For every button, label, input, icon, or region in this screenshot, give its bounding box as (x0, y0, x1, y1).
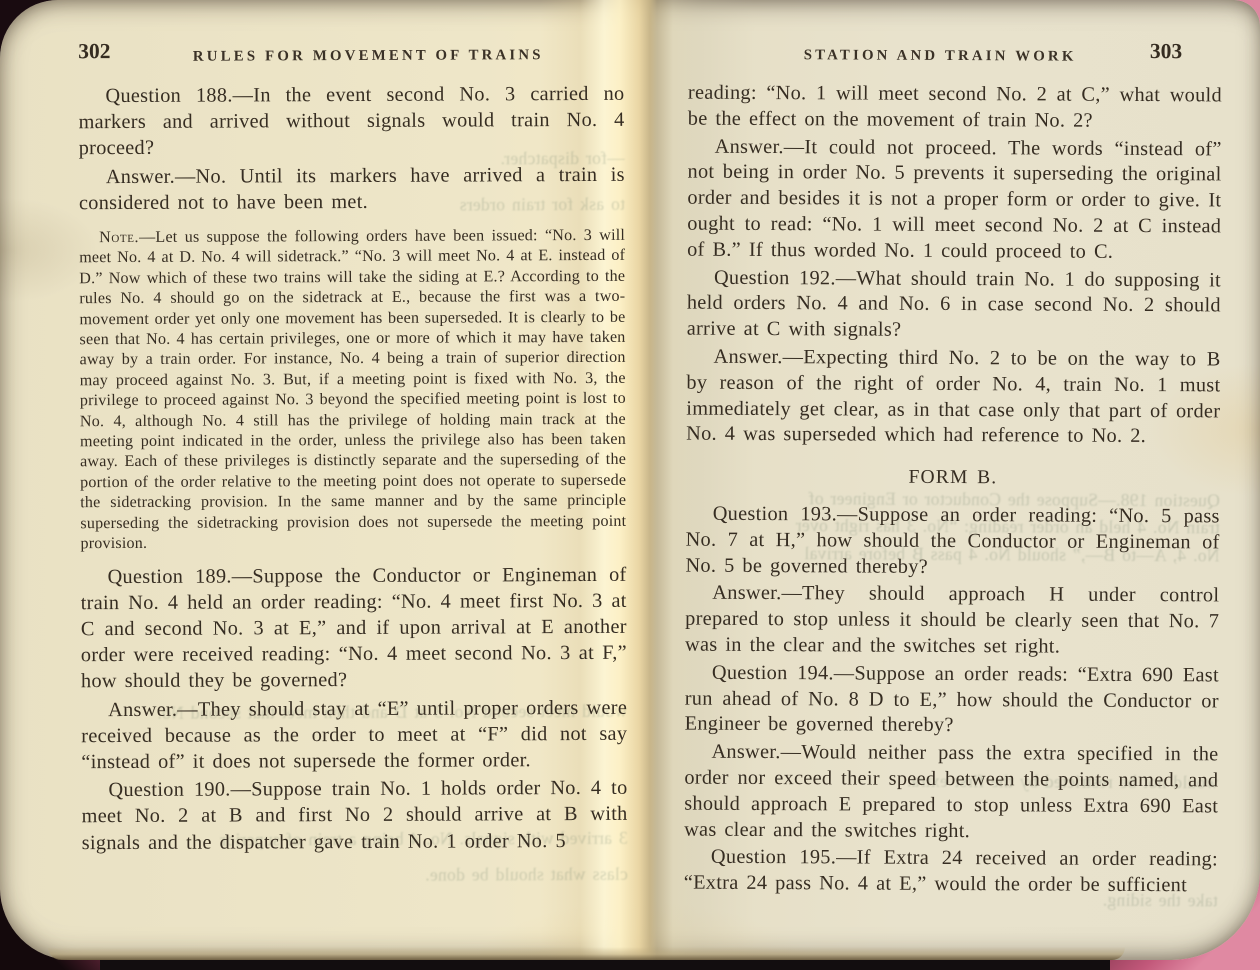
open-book-photo: 302 RULES FOR MOVEMENT OF TRAINS Questio… (0, 0, 1260, 970)
right-page-paragraph: Question 195.—If Extra 24 received an or… (684, 845, 1218, 899)
left-page: 302 RULES FOR MOVEMENT OF TRAINS Questio… (78, 35, 628, 858)
left-page-paragraph: Question 189.—Suppose the Conductor or E… (81, 561, 628, 694)
right-running-header: STATION AND TRAIN WORK (688, 47, 1192, 67)
left-page-paragraph: Answer.—No. Until its markers have arriv… (79, 161, 625, 216)
right-page-body: reading: “No. 1 will meet second No. 2 a… (684, 81, 1222, 900)
right-page-number: 303 (1150, 39, 1182, 64)
left-page-paragraph: Answer.—They should stay at “E” until pr… (81, 694, 627, 775)
left-page-paragraph: Question 188.—In the event second No. 3 … (78, 81, 624, 162)
right-page-paragraph: Question 194.—Suppose an order reads: “E… (685, 660, 1219, 740)
right-page-header: STATION AND TRAIN WORK 303 (688, 35, 1222, 72)
left-running-header: RULES FOR MOVEMENT OF TRAINS (112, 47, 624, 66)
left-page-header: 302 RULES FOR MOVEMENT OF TRAINS (78, 35, 624, 71)
right-page-paragraph: reading: “No. 1 will meet second No. 2 a… (688, 81, 1222, 135)
left-page-paragraph: Question 190.—Suppose train No. 1 holds … (81, 775, 627, 856)
right-page-paragraph: Question 193.—Suppose an order reading: … (685, 502, 1219, 582)
right-page-paragraph: Question 192.—What should train No. 1 do… (687, 265, 1221, 345)
right-page-paragraph: FORM B. (686, 464, 1220, 493)
right-page: STATION AND TRAIN WORK 303 reading: “No.… (684, 35, 1223, 902)
left-page-paragraph: Note.—Let us suppose the following order… (79, 226, 626, 555)
note-smallcaps-lead: Note. (99, 229, 139, 246)
right-page-paragraph: Answer.—They should approach H under con… (685, 581, 1219, 661)
open-pages: 302 RULES FOR MOVEMENT OF TRAINS Questio… (0, 0, 1260, 960)
left-page-bleedthrough-text: class what should be done. (82, 863, 628, 887)
left-page-number: 302 (78, 39, 110, 64)
right-page-paragraph: Answer.—Would neither pass the extra spe… (684, 740, 1219, 846)
right-page-paragraph: Answer.—Expecting third No. 2 to be on t… (686, 345, 1221, 451)
right-page-paragraph: Answer.—It could not proceed. The words … (687, 134, 1222, 266)
left-page-body: Question 188.—In the event second No. 3 … (78, 81, 627, 856)
